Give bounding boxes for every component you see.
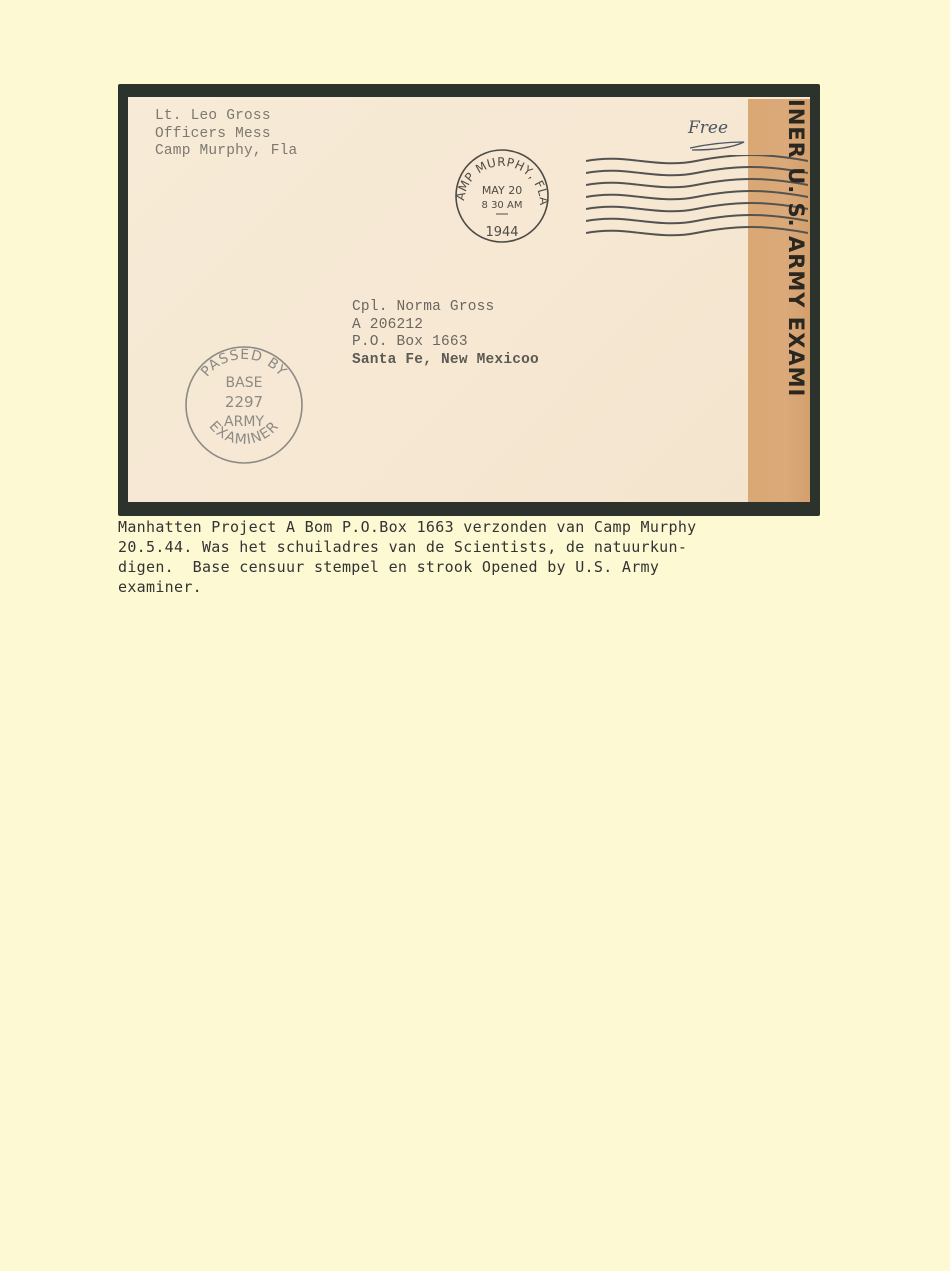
caption-text: Manhatten Project A Bom P.O.Box 1663 ver… — [118, 517, 838, 597]
recipient-line: P.O. Box 1663 — [352, 334, 539, 352]
caption-line: examiner. — [118, 577, 838, 597]
caption-line: 20.5.44. Was het schuiladres van de Scie… — [118, 537, 838, 557]
free-frank-mark: Free — [688, 118, 728, 138]
wavy-cancel-lines-icon — [586, 155, 811, 245]
sender-address: Lt. Leo GrossOfficers MessCamp Murphy, F… — [155, 108, 297, 161]
free-underline-icon — [688, 138, 748, 152]
caption-line: digen. Base censuur stempel en strook Op… — [118, 557, 838, 577]
caption-line: Manhatten Project A Bom P.O.Box 1663 ver… — [118, 517, 838, 537]
svg-text:1944: 1944 — [485, 225, 518, 240]
svg-text:BASE: BASE — [226, 375, 263, 391]
svg-text:2297: 2297 — [225, 393, 263, 411]
svg-text:ARMY: ARMY — [224, 414, 264, 430]
recipient-line: Santa Fe, New Mexicoo — [352, 352, 539, 370]
recipient-line: Cpl. Norma Gross — [352, 299, 539, 317]
svg-text:8 30 AM: 8 30 AM — [482, 200, 523, 211]
censor-passed-stamp-icon: PASSED BY BASE 2297 ARMY EXAMINER — [180, 341, 308, 469]
sender-line: Officers Mess — [155, 126, 297, 144]
postmark-circle-icon: CAMP MURPHY, FLA. MAY 20 8 30 AM 1944 — [450, 144, 554, 248]
sender-line: Camp Murphy, Fla — [155, 143, 297, 161]
recipient-address: Cpl. Norma GrossA 206212P.O. Box 1663San… — [352, 299, 539, 369]
censor-tape-text: INER U. S. ARMY EXAMI — [784, 99, 808, 502]
recipient-line: A 206212 — [352, 317, 539, 335]
sender-line: Lt. Leo Gross — [155, 108, 297, 126]
svg-text:MAY 20: MAY 20 — [482, 184, 522, 197]
